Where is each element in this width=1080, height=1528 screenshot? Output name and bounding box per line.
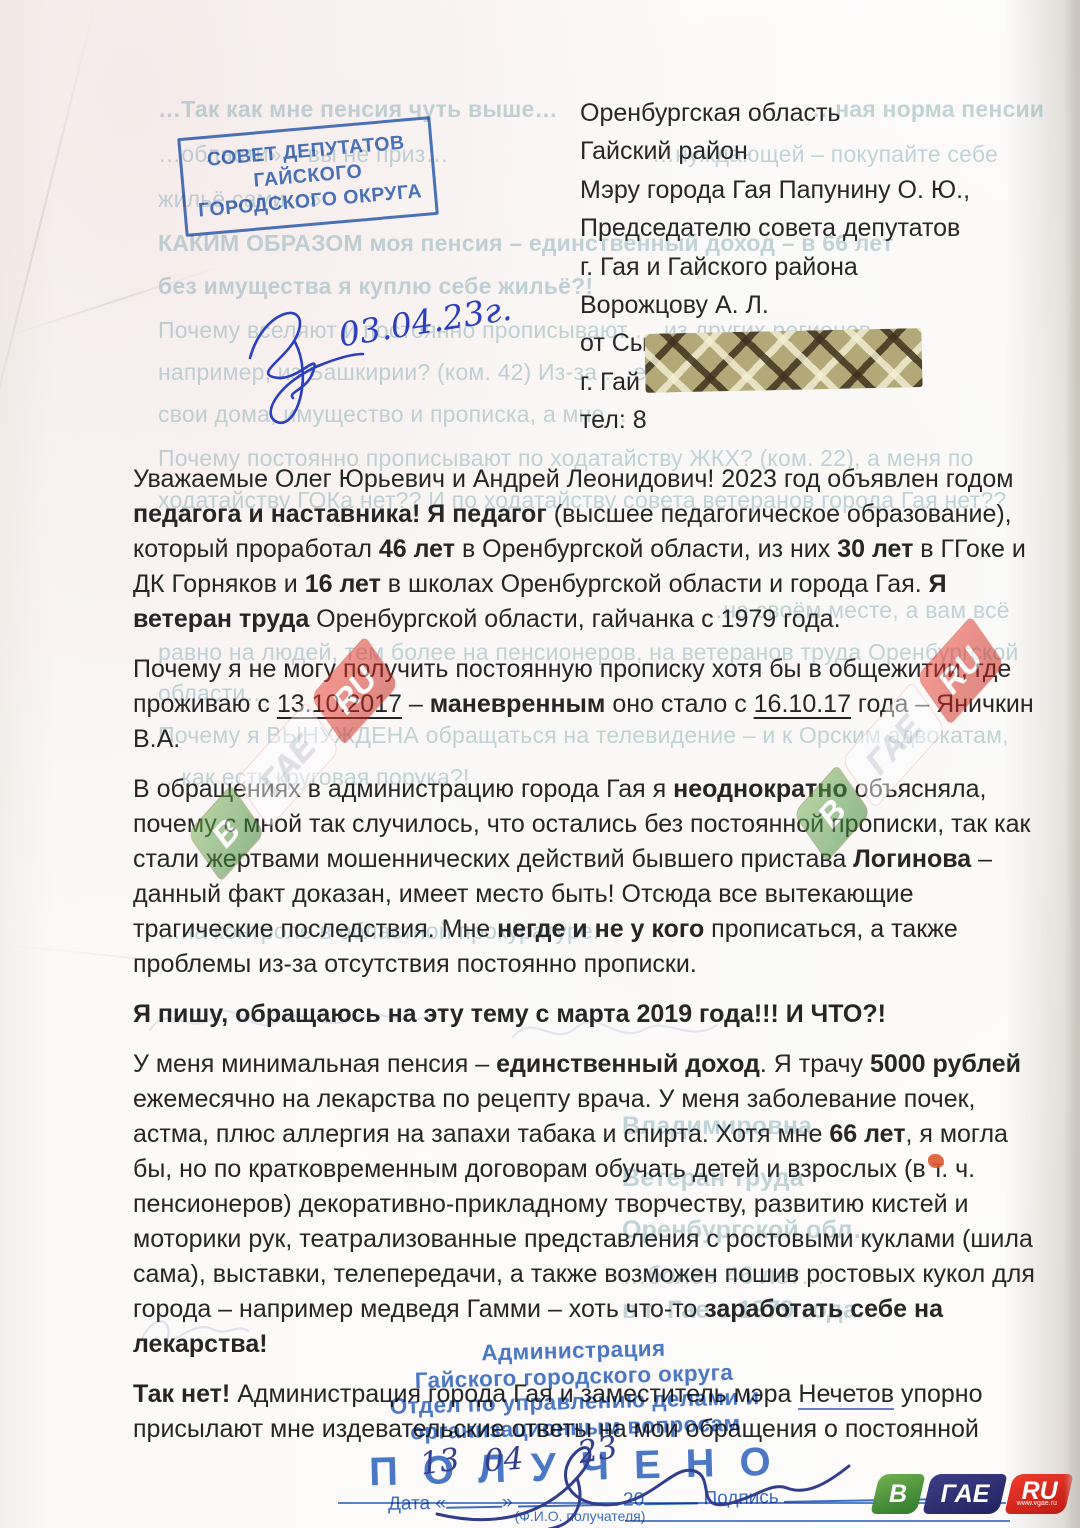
paper-edge [1064, 0, 1080, 1528]
ink-blot [928, 1154, 944, 1168]
text-line: Ворожцову А. Л. [580, 286, 970, 324]
paragraph: У меня минимальная пенсия – единственный… [133, 1047, 1038, 1362]
handwritten-month: 04 [483, 1441, 525, 1480]
text-line: Мэру города Гая Папунину О. Ю., [580, 171, 970, 209]
bleed-through-text: …Так как мне пенсия чуть выше… [158, 96, 558, 123]
letter-body: Уважаемые Олег Юрьевич и Андрей Леонидов… [133, 462, 1038, 1462]
logo-tile-v: В [870, 1474, 925, 1514]
received-stamp-org-lines: АдминистрацияГайского городского округаО… [333, 1332, 816, 1447]
scanned-letter-page: …Так как мне пенсия чуть выше……ная норма… [0, 0, 1080, 1528]
site-logo: ВГАЕRUwww.vgae.ru [872, 1474, 1072, 1514]
handwritten-year: 23 [575, 1429, 620, 1471]
logo-tile-gae: ГАЕ [922, 1474, 1007, 1514]
text-line: г. Гая и Гайского района [580, 248, 970, 286]
paragraph: Уважаемые Олег Юрьевич и Андрей Леонидов… [133, 462, 1038, 637]
handwritten-day: 13 [418, 1441, 462, 1482]
text-line: Гайский район [580, 132, 970, 170]
text-line: Председателю совета депутатов [580, 209, 970, 247]
text-line: Оренбургская область [580, 94, 970, 132]
redaction-tape [644, 328, 922, 393]
logo-url-caption: www.vgae.ru [1007, 1500, 1067, 1507]
text-line: тел: 8 [580, 401, 970, 439]
paragraph: Я пишу, обращаюсь на эту тему с марта 20… [133, 997, 1038, 1032]
